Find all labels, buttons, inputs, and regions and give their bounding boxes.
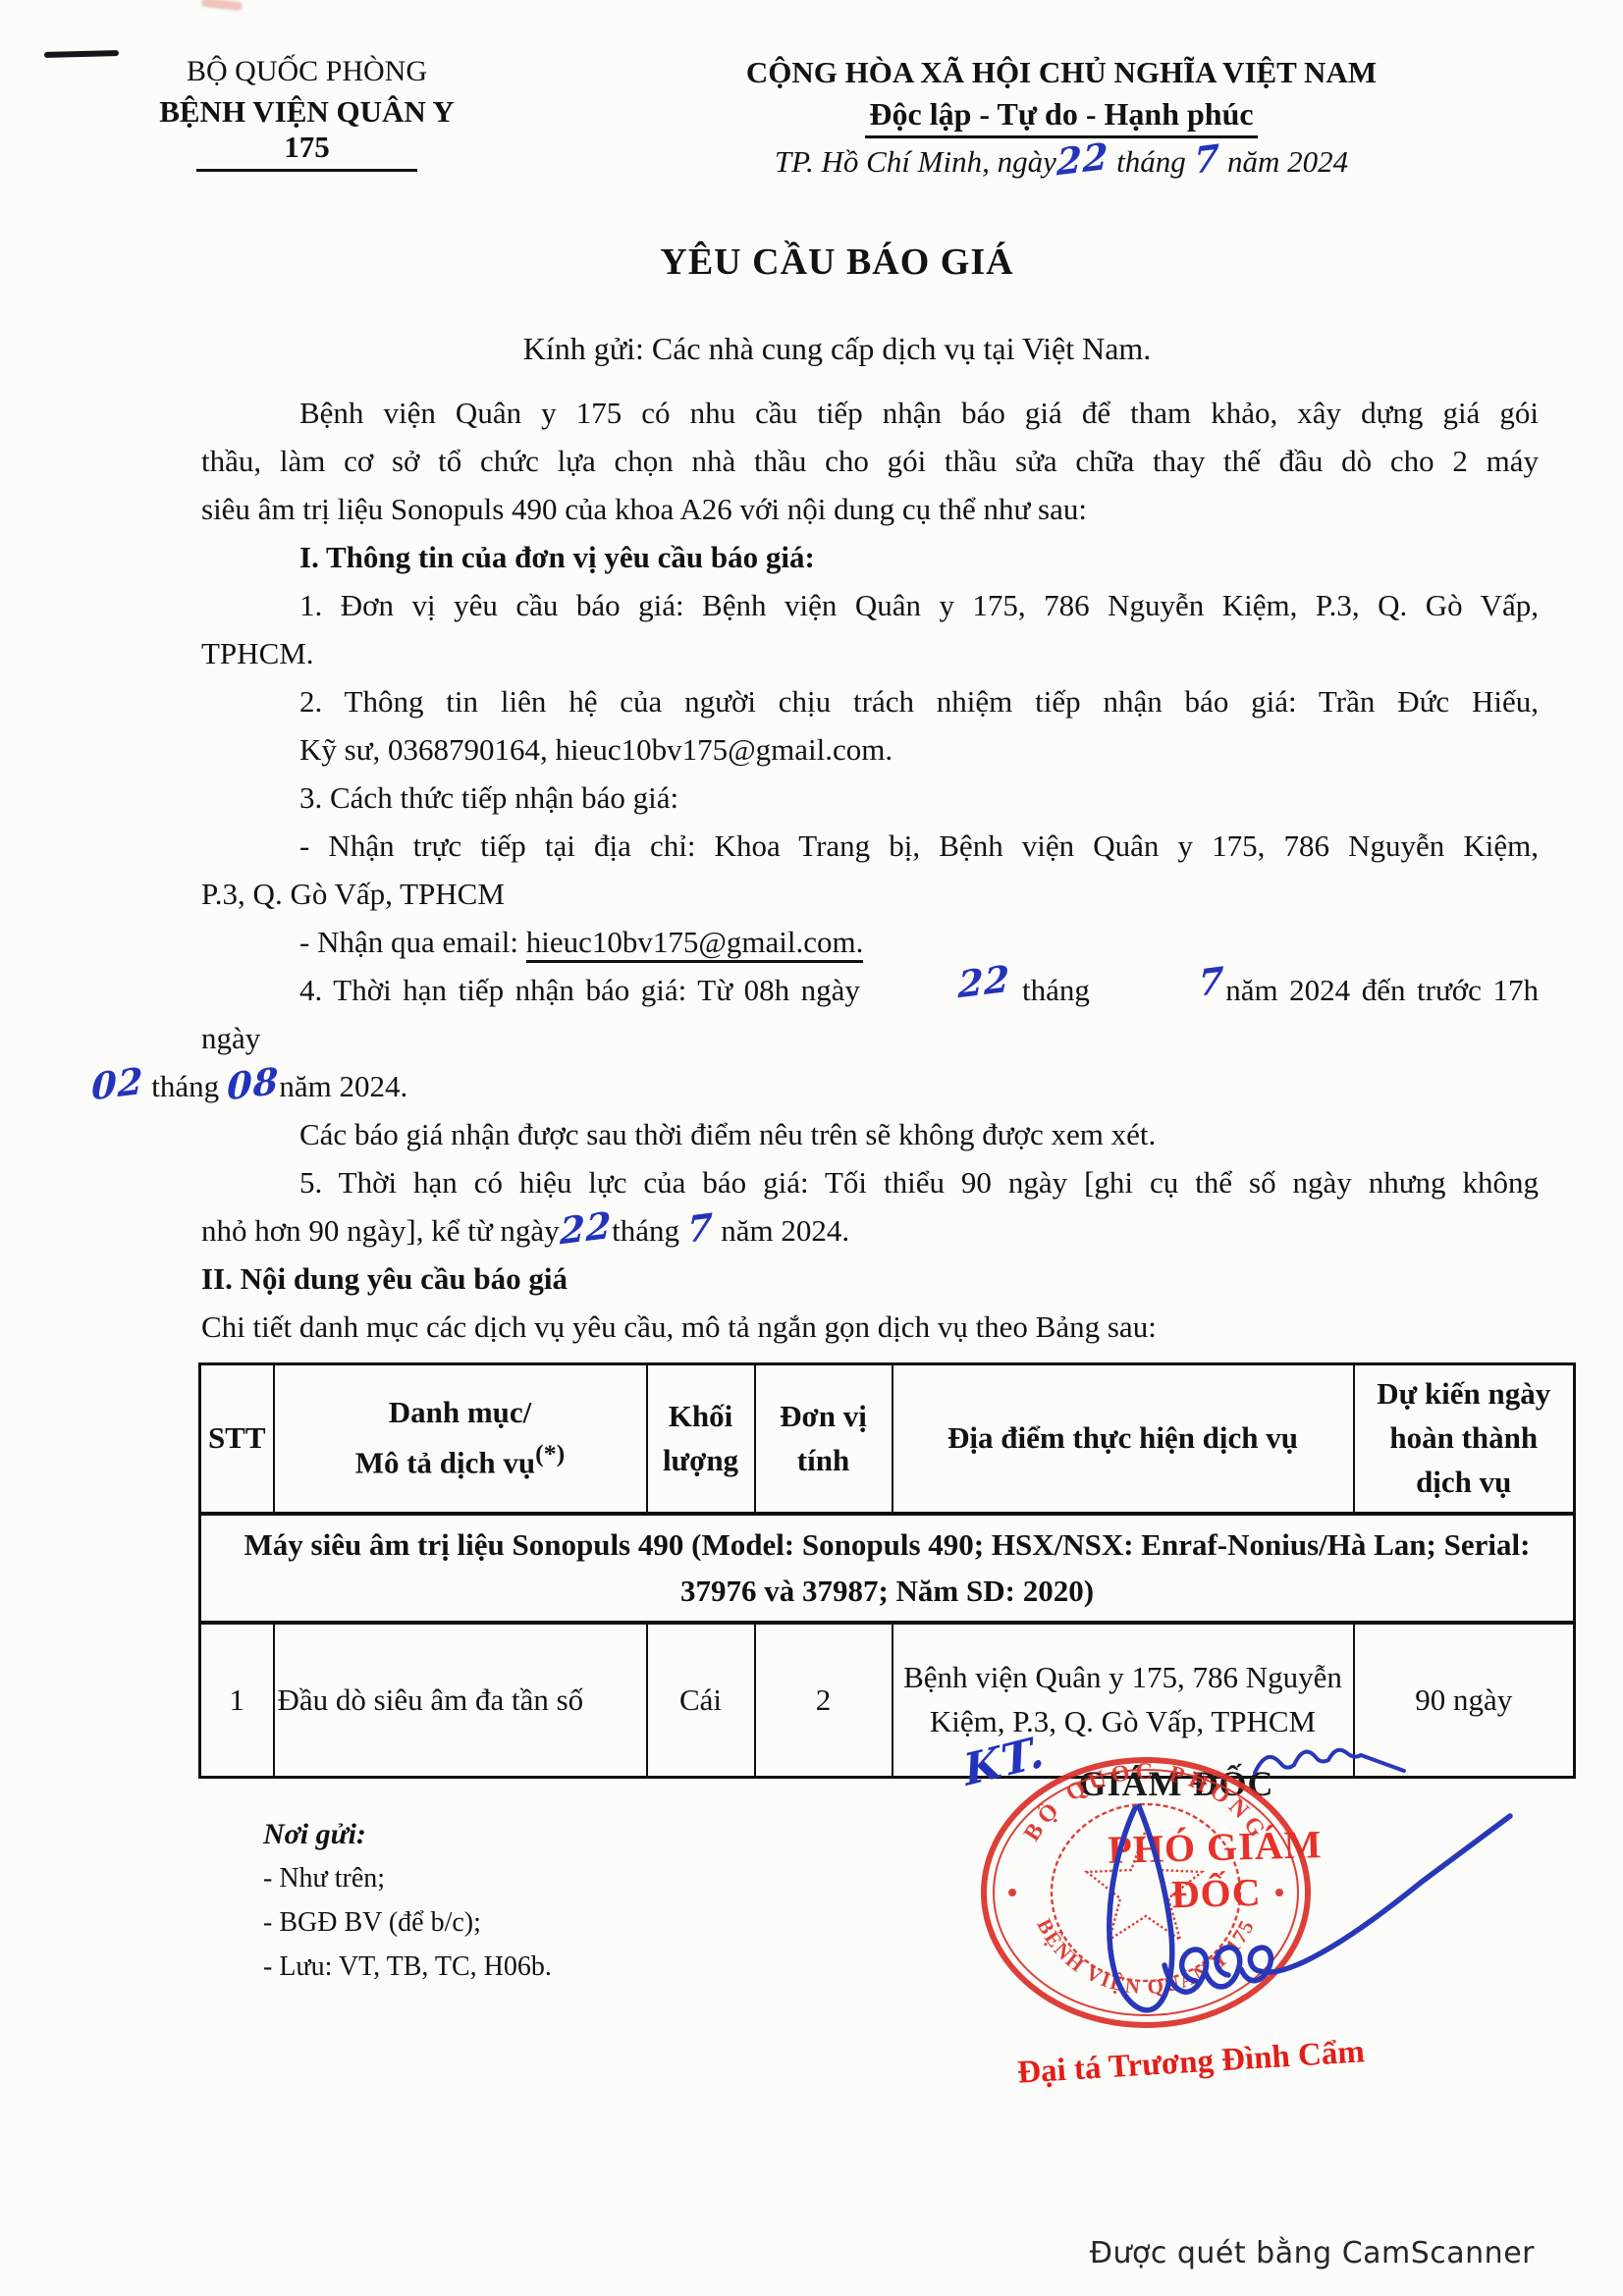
col-due-date: Dự kiến ngày hoàn thành dịch vụ <box>1354 1364 1575 1515</box>
group-row-text: Máy siêu âm trị liệu Sonopuls 490 (Model… <box>200 1514 1575 1623</box>
col-item-footnote: (*) <box>535 1439 565 1468</box>
item3-heading: 3. Cách thức tiếp nhận báo giá: <box>201 774 1539 822</box>
item3-email-line: - Nhận qua email: hieuc10bv175@gmail.com… <box>201 918 1539 966</box>
handwritten-day: 22 <box>861 979 1010 997</box>
col-item-line2: Mô tả dịch vụ <box>355 1446 535 1480</box>
item4-text: 4. Thời hạn tiếp nhận báo giá: Từ 08h ng… <box>299 973 860 1007</box>
email-prefix: - Nhận qua email: <box>299 925 526 959</box>
item4-line2: 02 tháng 08năm 2024. <box>201 1062 1539 1110</box>
item4-text: tháng <box>1022 973 1090 1007</box>
org-name: BỆNH VIỆN QUÂN Y 175 <box>137 94 476 165</box>
item2-line: Kỹ sư, 0368790164, hieuc10bv175@gmail.co… <box>201 725 1539 774</box>
item2-line: 2. Thông tin liên hệ của người chịu trác… <box>201 677 1539 725</box>
date-prefix: TP. Hồ Chí Minh, ngày <box>775 144 1056 179</box>
item4-text: năm 2024. <box>279 1069 407 1103</box>
item4-text: tháng <box>151 1069 219 1103</box>
item5-line1: 5. Thời hạn có hiệu lực của báo giá: Tối… <box>201 1158 1539 1206</box>
col-unit: Đơn vị tính <box>755 1364 893 1515</box>
date-mid: tháng <box>1116 144 1186 179</box>
col-item: Danh mục/ Mô tả dịch vụ(*) <box>274 1364 647 1515</box>
org-underline <box>196 169 417 172</box>
intro-line: thầu, làm cơ sở tổ chức lựa chọn nhà thầ… <box>201 437 1539 485</box>
section2-heading: II. Nội dung yêu cầu báo giá <box>201 1255 1539 1303</box>
cell-qty: Cái <box>647 1623 755 1778</box>
item5-text: nhỏ hơn 90 ngày], kể từ ngày <box>201 1213 560 1248</box>
item5-text: tháng <box>612 1213 679 1248</box>
item4-note: Các báo giá nhận được sau thời điểm nêu … <box>201 1110 1539 1158</box>
email-suffix: . <box>856 925 864 959</box>
handwritten-day: 02 <box>91 1081 143 1088</box>
intro-line: siêu âm trị liệu Sonopuls 490 của khoa A… <box>201 485 1539 533</box>
intro-line: Bệnh viện Quân y 175 có nhu cầu tiếp nhậ… <box>201 389 1539 437</box>
handwritten-day: 22 <box>1056 156 1109 163</box>
table-group-row: Máy siêu âm trị liệu Sonopuls 490 (Model… <box>200 1514 1575 1623</box>
cell-stt: 1 <box>200 1623 274 1778</box>
handwritten-month: 08 <box>227 1081 279 1088</box>
national-motto-line1: CỘNG HÒA XÃ HỘI CHỦ NGHĨA VIỆT NAM <box>586 55 1537 90</box>
table-header-row: STT Danh mục/ Mô tả dịch vụ(*) Khối lượn… <box>200 1364 1575 1515</box>
document-title: YÊU CẦU BÁO GIÁ <box>137 240 1537 284</box>
date-suffix: năm 2024 <box>1227 144 1348 179</box>
camscanner-watermark: Được quét bằng CamScanner <box>1090 2236 1535 2270</box>
handwritten-month: 7 <box>1194 157 1220 160</box>
item5-line2: nhỏ hơn 90 ngày], kể từ ngày22tháng 7 nă… <box>201 1206 1539 1255</box>
item5-text: năm 2024. <box>721 1213 849 1248</box>
service-table: STT Danh mục/ Mô tả dịch vụ(*) Khối lượn… <box>198 1362 1576 1779</box>
cell-unit: 2 <box>755 1623 893 1778</box>
col-item-line1: Danh mục/ <box>389 1395 532 1429</box>
date-line: TP. Hồ Chí Minh, ngày22 tháng 7 năm 2024 <box>586 144 1537 180</box>
handwritten-month: 7 <box>687 1226 714 1229</box>
scanned-document-page: { "header": { "org_line1": "BỘ QUỐC PHÒN… <box>0 0 1623 2296</box>
national-motto-line2: Độc lập - Tự do - Hạnh phúc <box>865 96 1257 138</box>
item3-direct-line: - Nhận trực tiếp tại địa chỉ: Khoa Trang… <box>201 822 1539 870</box>
item1-line: TPHCM. <box>201 629 1539 677</box>
item1-line: 1. Đơn vị yêu cầu báo giá: Bệnh viện Quâ… <box>201 581 1539 629</box>
col-stt: STT <box>200 1364 274 1515</box>
email-address: hieuc10bv175@gmail.com <box>526 925 856 959</box>
col-location: Địa điểm thực hiện dịch vụ <box>893 1364 1354 1515</box>
item3-direct-line: P.3, Q. Gò Vấp, TPHCM <box>201 870 1539 918</box>
national-header-block: CỘNG HÒA XÃ HỘI CHỦ NGHĨA VIỆT NAM Độc l… <box>586 55 1537 180</box>
handwritten-month: 7 <box>1102 980 1225 994</box>
org-parent-name: BỘ QUỐC PHÒNG <box>137 55 476 88</box>
cell-item: Đầu dò siêu âm đa tần số <box>274 1623 647 1778</box>
handwritten-signature <box>1049 1779 1598 2073</box>
issuing-org-block: BỘ QUỐC PHÒNG BỆNH VIỆN QUÂN Y 175 <box>137 55 476 172</box>
section2-intro: Chi tiết danh mục các dịch vụ yêu cầu, m… <box>201 1303 1539 1351</box>
item4-line1: 4. Thời hạn tiếp nhận báo giá: Từ 08h ng… <box>201 966 1539 1062</box>
handwritten-initials-scribble <box>1249 1734 1416 1792</box>
salutation: Kính gửi: Các nhà cung cấp dịch vụ tại V… <box>137 331 1537 367</box>
document-header: BỘ QUỐC PHÒNG BỆNH VIỆN QUÂN Y 175 CỘNG … <box>137 55 1537 180</box>
section1-heading: I. Thông tin của đơn vị yêu cầu báo giá: <box>201 533 1539 581</box>
col-qty: Khối lượng <box>647 1364 755 1515</box>
handwritten-day: 22 <box>560 1225 612 1232</box>
